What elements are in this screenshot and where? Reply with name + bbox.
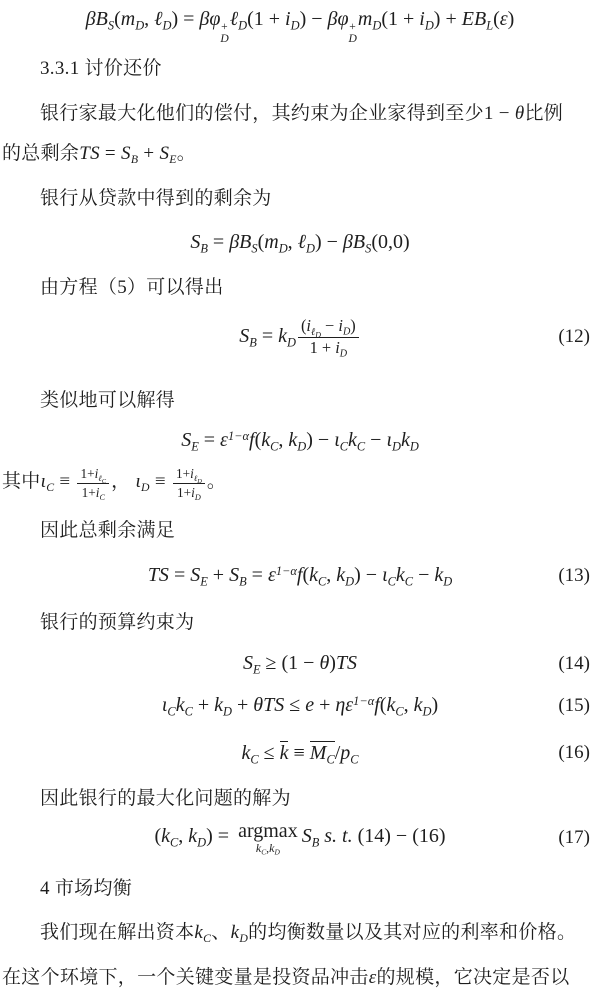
paragraph-first-line: 因此银行的最大化问题的解为 <box>0 786 600 812</box>
subscript: C <box>99 493 105 502</box>
subscript: E <box>191 439 199 453</box>
math-italic-run: m <box>358 8 372 30</box>
text-run: 的总剩余 <box>2 143 79 164</box>
fraction: (iℓD − iD)1 + iD <box>298 317 359 358</box>
superscript: 1−α <box>228 429 249 443</box>
math-italic-run: k <box>434 564 443 586</box>
line-text: 银行的预算约束为 <box>40 612 194 633</box>
math-upright-run: ) + <box>434 8 462 30</box>
line-text: SB = βBS(mD, ℓD) − βBS(0,0) <box>190 231 409 254</box>
math-upright-run: ) = <box>171 8 199 30</box>
display-equation: SE = ε1−αf(kC, kD) − ιCkC − ιDkD <box>0 429 600 452</box>
math-upright-run: (1 + <box>247 8 285 30</box>
math-upright-run: ≡ <box>150 471 171 492</box>
fraction-numerator: 1+iℓD <box>173 466 205 484</box>
math-italic-run: ℓ <box>230 8 238 30</box>
text-run: 因此总剩余满足 <box>40 520 175 541</box>
paragraph-continuation-line: 的总剩余TS = SB + SE。 <box>0 141 600 167</box>
math-italic-run: k <box>348 429 357 451</box>
subscript: E <box>169 153 177 166</box>
subscript: D <box>223 704 232 718</box>
subscript: C <box>340 439 348 453</box>
math-italic-run: S <box>121 143 131 164</box>
math-italic-run: k <box>161 825 170 847</box>
equation-number: (15) <box>558 695 590 717</box>
paragraph-first-line: 银行的预算约束为 <box>0 610 600 636</box>
text-run: 。 <box>207 471 226 492</box>
text-run: 我们现在解出资本 <box>40 922 194 943</box>
math-upright-run: ) − <box>300 8 328 30</box>
math-upright-run: + <box>232 694 253 716</box>
math-italic-run: θ <box>319 652 329 674</box>
math-italic-run: k <box>278 325 287 347</box>
subscript: D <box>197 836 206 850</box>
subscript: D <box>425 18 434 32</box>
text-run: ， <box>111 471 135 492</box>
fraction-denominator: 1 + iD <box>307 338 351 358</box>
math-upright-run: ) <box>329 652 336 674</box>
subscript: D <box>141 482 150 495</box>
text-run: 银行的预算约束为 <box>40 612 194 633</box>
line-text: 由方程（5）可以得出 <box>40 277 224 298</box>
line-text: 的总剩余TS = SB + SE。 <box>2 143 196 164</box>
subscript: D <box>443 574 452 588</box>
math-upright-run: (1 + <box>381 8 419 30</box>
math-upright-run: + <box>314 694 335 716</box>
display-equation: SE ≥ (1 − θ)TS(14) <box>0 652 600 675</box>
math-italic-run: S <box>229 564 239 586</box>
math-upright-run: − <box>321 316 338 335</box>
equation-number: (13) <box>558 565 590 587</box>
line-text: 因此银行的最大化问题的解为 <box>40 788 291 809</box>
subscript: C <box>167 704 175 718</box>
display-equation: (kC, kD) = argmaxkC,kDSB s. t. (14) − (1… <box>0 820 600 855</box>
subscript: ℓD <box>194 474 202 483</box>
math-italic-run: ε <box>220 429 228 451</box>
math-upright-run: ≡ <box>54 471 75 492</box>
equation-number: (12) <box>558 326 590 348</box>
math-upright-run: + <box>208 564 229 586</box>
display-equation: βBS(mD, ℓD) = βφ+DℓD(1 + iD) − βφ+DmD(1 … <box>0 8 600 45</box>
subscript: B <box>249 335 257 349</box>
text-run: 的规模，它决定是否以 <box>377 967 570 988</box>
line-text: 4 市场均衡 <box>40 878 132 899</box>
math-upright-run: = <box>199 429 220 451</box>
line-text: 其中ιC ≡ 1+iℓC1+iC， ιD ≡ 1+iℓD1+iD。 <box>2 471 226 492</box>
math-upright-run: = <box>169 564 190 586</box>
text-run: 类似地可以解得 <box>40 390 175 411</box>
math-italic-run: k <box>188 825 197 847</box>
line-text: kC ≤ k ≡ MC/pC <box>241 741 358 765</box>
fraction-denominator: 1+iD <box>174 484 204 500</box>
math-italic-run: S <box>190 231 200 253</box>
subscript: D <box>345 574 354 588</box>
math-upright-run: ) = <box>206 825 234 847</box>
operator-underscript: kC,kD <box>256 842 280 855</box>
math-italic-run: ε <box>369 967 377 988</box>
math-upright-run: ) − <box>354 564 382 586</box>
line-text: 我们现在解出资本kC、kD的均衡数量以及其对应的利率和价格。 <box>40 922 576 943</box>
text-run: 。 <box>177 143 196 164</box>
paragraph-first-line: 银行家最大化他们的偿付，其约束为企业家得到至少1 − θ比例 <box>0 101 600 127</box>
math-italic-run: βφ <box>199 8 220 30</box>
subscript: C <box>326 752 334 766</box>
math-upright-run: , <box>326 564 336 586</box>
math-upright-run: ) − <box>315 231 343 253</box>
paragraph-continuation-line: 在这个环境下，一个关键变量是投资品冲击ε的规模，它决定是否以 <box>0 965 600 991</box>
math-italic-run: S <box>159 143 169 164</box>
text-run: 银行家最大化他们的偿付，其约束为企业家得到至少 <box>40 103 484 124</box>
math-italic-run: k <box>414 694 423 716</box>
equation-number: (17) <box>558 827 590 849</box>
math-upright-run: , <box>144 8 154 30</box>
math-italic-run: S <box>243 652 253 674</box>
math-upright-run: , <box>288 231 298 253</box>
math-italic-run: p <box>340 742 350 764</box>
sup-sub-stack: +D <box>220 21 228 45</box>
subscript: D <box>291 18 300 32</box>
math-italic-run: ε <box>268 564 276 586</box>
subscript: E <box>253 662 261 676</box>
math-upright-run: 1+ <box>82 485 96 500</box>
math-italic-run: TS <box>79 143 100 164</box>
subscript: C <box>388 574 396 588</box>
superscript: 1−α <box>276 564 297 578</box>
math-upright-run: 1+ <box>177 485 191 500</box>
math-upright-run: ≤ <box>284 694 305 716</box>
math-italic-run: S <box>239 325 249 347</box>
display-equation: ιCkC + kD + θTS ≤ e + ηε1−αf(kC, kD)(15) <box>0 694 600 717</box>
subscript: D <box>306 241 315 255</box>
math-upright-run: ≤ <box>259 742 280 764</box>
math-italic-run: k <box>241 742 250 764</box>
line-text: TS = SE + SB = ε1−αf(kC, kD) − ιCkC − kD <box>148 564 452 587</box>
math-italic-run: ℓ <box>298 231 306 253</box>
math-upright-run: 1+ <box>176 466 190 481</box>
math-upright-run: 1 + <box>310 338 336 357</box>
line-text: 在这个环境下，一个关键变量是投资品冲击ε的规模，它决定是否以 <box>2 967 570 988</box>
subscript: ℓC <box>98 474 106 483</box>
math-italic-run: TS <box>336 652 357 674</box>
math-italic-run: βB <box>343 231 365 253</box>
subscript: D <box>297 439 306 453</box>
subscript: C <box>250 752 258 766</box>
math-upright-run: − <box>365 429 386 451</box>
fraction: 1+iℓD1+iD <box>173 466 205 500</box>
display-equation: TS = SE + SB = ε1−αf(kC, kD) − ιCkC − kD… <box>0 564 600 587</box>
text-run: 的均衡数量以及其对应的利率和价格。 <box>248 922 576 943</box>
math-upright-run: ≡ <box>288 742 309 764</box>
line-text: 类似地可以解得 <box>40 390 175 411</box>
superscript: 1−α <box>353 694 374 708</box>
overline-group: MC <box>310 741 335 764</box>
math-upright-run: ) <box>508 8 515 30</box>
math-upright-run: ( <box>114 8 121 30</box>
math-upright-run: ) <box>431 694 438 716</box>
line-text: ιCkC + kD + θTS ≤ e + ηε1−αf(kC, kD) <box>162 694 438 717</box>
math-italic-run: k <box>214 694 223 716</box>
math-upright-run: (0,0) <box>371 231 409 253</box>
math-italic-run: TS <box>148 564 169 586</box>
display-equation: SB = βBS(mD, ℓD) − βBS(0,0) <box>0 231 600 254</box>
stack-subscript: D <box>220 33 228 45</box>
math-upright-run: ) − <box>306 429 334 451</box>
fraction: 1+iℓC1+iC <box>77 466 109 500</box>
subscript: D <box>239 932 248 945</box>
text-run: 银行从贷款中得到的剩余为 <box>40 188 272 209</box>
math-upright-run: ≥ (1 − <box>261 652 320 674</box>
math-upright-run: , <box>404 694 414 716</box>
subscript: C <box>357 439 365 453</box>
math-upright-run: = <box>257 325 278 347</box>
fraction-numerator: (iℓD − iD) <box>298 317 359 338</box>
operator-name: argmax <box>238 820 298 842</box>
paragraph-first-line: 我们现在解出资本kC、kD的均衡数量以及其对应的利率和价格。 <box>0 920 600 946</box>
math-italic-run: k <box>336 564 345 586</box>
math-italic-run: S <box>190 564 200 586</box>
subscript: D <box>279 241 288 255</box>
text-run: 3.3.1 讨价还价 <box>40 58 162 79</box>
math-italic-run: m <box>264 231 278 253</box>
math-italic-run: s. t. <box>324 825 352 847</box>
math-italic-run: θTS <box>253 694 284 716</box>
paragraph-first-line: 类似地可以解得 <box>0 388 600 414</box>
text-run: 在这个环境下，一个关键变量是投资品冲击 <box>2 967 369 988</box>
fraction-numerator: 1+iℓC <box>77 466 109 484</box>
subscript: C <box>185 704 193 718</box>
text-run: 由方程（5）可以得出 <box>40 277 224 298</box>
subscript: D <box>372 18 381 32</box>
subscript: D <box>135 18 144 32</box>
math-upright-run: ) <box>350 316 355 335</box>
math-italic-run: k <box>401 429 410 451</box>
paragraph-first-line: 银行从贷款中得到的剩余为 <box>0 186 600 212</box>
display-equation: kC ≤ k ≡ MC/pC(16) <box>0 741 600 765</box>
text-run: 比例 <box>524 103 563 124</box>
subscript: D <box>275 848 280 857</box>
line-text: SB = kD(iℓD − iD)1 + iD <box>239 317 361 358</box>
math-italic-run: M <box>310 742 327 764</box>
equation-number: (14) <box>558 653 590 675</box>
equation-number: (16) <box>558 742 590 764</box>
subscript: C <box>350 752 358 766</box>
math-italic-run: k <box>261 429 270 451</box>
text-run: 4 市场均衡 <box>40 878 132 899</box>
section-heading: 3.3.1 讨价还价 <box>0 56 600 82</box>
math-italic-run: βφ <box>328 8 349 30</box>
math-italic-run: k <box>176 694 185 716</box>
math-upright-run: = <box>247 564 268 586</box>
math-upright-run: − <box>413 564 434 586</box>
math-upright-run: 1 − <box>484 103 515 124</box>
math-italic-run: ηε <box>335 694 353 716</box>
math-upright-run: = <box>100 143 121 164</box>
paragraph-first-line: 由方程（5）可以得出 <box>0 275 600 301</box>
math-italic-run: k <box>309 564 318 586</box>
math-italic-run: k <box>194 922 203 943</box>
math-upright-run: (14) − (16) <box>353 825 446 847</box>
math-italic-run: EB <box>462 8 486 30</box>
math-upright-run: argmax <box>238 820 298 842</box>
text-run: 、 <box>211 922 230 943</box>
subscript: ℓD <box>311 327 321 338</box>
section-heading: 4 市场均衡 <box>0 876 600 902</box>
subscript: B <box>200 241 208 255</box>
math-upright-run: = <box>208 231 229 253</box>
line-text: 因此总剩余满足 <box>40 520 175 541</box>
math-upright-run: ( <box>493 8 500 30</box>
math-italic-run: βB <box>86 8 108 30</box>
math-italic-run: k <box>288 429 297 451</box>
subscript: D <box>340 348 347 359</box>
line-text: (kC, kD) = argmaxkC,kDSB s. t. (14) − (1… <box>154 820 445 855</box>
subscript: C <box>395 704 403 718</box>
line-text: SE ≥ (1 − θ)TS <box>243 652 357 675</box>
math-upright-run: + <box>193 694 214 716</box>
math-italic-run: S <box>302 825 312 847</box>
paragraph-continuation-line: 其中ιC ≡ 1+iℓC1+iC， ιD ≡ 1+iℓD1+iD。 <box>0 466 600 500</box>
sup-sub-stack: +D <box>349 21 357 45</box>
subscript: D <box>238 18 247 32</box>
math-italic-run: k <box>396 564 405 586</box>
line-text: SE = ε1−αf(kC, kD) − ιCkC − ιDkD <box>181 429 419 452</box>
paragraph-first-line: 因此总剩余满足 <box>0 518 600 544</box>
subscript: D <box>410 439 419 453</box>
line-text: βBS(mD, ℓD) = βφ+DℓD(1 + iD) − βφ+DmD(1 … <box>86 8 515 45</box>
subscript: D <box>195 493 201 502</box>
subscript: D <box>392 439 401 453</box>
math-upright-run: + <box>138 143 159 164</box>
argmax-operator: argmaxkC,kD <box>238 820 298 855</box>
display-equation: SB = kD(iℓD − iD)1 + iD(12) <box>0 317 600 358</box>
math-italic-run: m <box>121 8 135 30</box>
text-run: 因此银行的最大化问题的解为 <box>40 788 291 809</box>
subscript: C <box>405 574 413 588</box>
subscript: B <box>239 574 247 588</box>
math-upright-run: , <box>278 429 288 451</box>
math-italic-run: S <box>181 429 191 451</box>
line-text: 银行从贷款中得到的剩余为 <box>40 188 272 209</box>
math-upright-run: 1+ <box>80 466 94 481</box>
math-italic-run: ε <box>500 8 508 30</box>
stack-subscript: D <box>349 33 357 45</box>
fraction-denominator: 1+iC <box>79 484 108 500</box>
line-text: 银行家最大化他们的偿付，其约束为企业家得到至少1 − θ比例 <box>40 103 563 124</box>
math-italic-run: βB <box>229 231 251 253</box>
subscript: D <box>287 335 296 349</box>
line-text: 3.3.1 讨价还价 <box>40 58 162 79</box>
subscript: E <box>200 574 208 588</box>
text-run: 其中 <box>2 471 41 492</box>
math-upright-run: , <box>178 825 188 847</box>
math-italic-run: e <box>305 694 314 716</box>
document-page: βBS(mD, ℓD) = βφ+DℓD(1 + iD) − βφ+DmD(1 … <box>0 0 600 995</box>
